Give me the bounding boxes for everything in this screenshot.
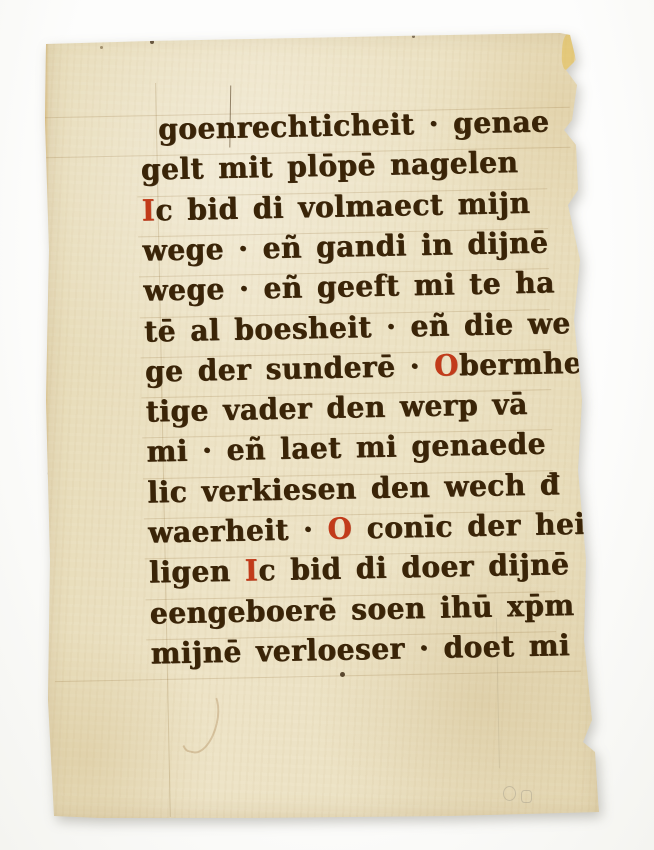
rubricated-letter: I	[244, 553, 258, 588]
ink-speck	[100, 46, 103, 49]
text-segment: gelt mit plōpē nagelen	[140, 145, 518, 187]
ink-speck	[45, 472, 48, 475]
ink-speck	[44, 558, 47, 562]
ruling-lines	[32, 20, 598, 31]
rubricated-letter: O	[434, 348, 460, 383]
manuscript-leaf: goenrechticheit · genaegelt mit plōpē na…	[40, 26, 606, 822]
text-segment: goenrechticheit · genae	[158, 104, 550, 146]
text-block: goenrechticheit · genaegelt mit plōpē na…	[32, 20, 614, 827]
text-segment: mi · eñ laet mi genaede	[146, 427, 546, 470]
text-segment: wege · eñ gandi in dijnē	[142, 225, 548, 268]
text-segment: c bid di volmaect mijn	[155, 185, 531, 227]
text-segment: mijnē verloeser · doet mi	[150, 628, 570, 671]
edge-stain	[41, 564, 49, 592]
page-content: goenrechticheit · genaegelt mit plōpē na…	[32, 20, 614, 827]
text-segment: wege · eñ geeft mi te ha	[143, 265, 555, 308]
text-segment: bermher	[459, 345, 598, 382]
text-segment: conīc der hei	[352, 507, 586, 546]
text-segment: tige vader den werp vā	[145, 387, 528, 429]
edge-stain	[561, 34, 576, 71]
ink-speck	[44, 498, 47, 502]
text-segment: lic verkiesen den wech đ	[147, 467, 560, 510]
ink-speck	[44, 438, 47, 442]
parchment: goenrechticheit · genaegelt mit plōpē na…	[40, 26, 606, 822]
ink-speck	[150, 40, 154, 44]
ink-speck	[340, 672, 345, 677]
rubricated-letter: I	[141, 193, 155, 228]
manuscript-text-line: mijnē verloeser · doet mi	[150, 628, 570, 678]
rubricated-letter: O	[327, 511, 353, 546]
text-segment: c bid di doer dijnē	[258, 547, 570, 588]
pencil-mark	[521, 790, 532, 803]
text-segment: waerheit ·	[148, 512, 328, 550]
pencil-mark	[503, 786, 516, 801]
text-segment: ge der sunderē ·	[145, 348, 435, 388]
ink-speck	[458, 128, 463, 134]
manuscript-text-line: ge der sunderē · Obermher	[145, 345, 598, 396]
scan-background: goenrechticheit · genaegelt mit plōpē na…	[0, 0, 654, 850]
text-segment: ligen	[149, 554, 245, 591]
ink-speck	[412, 35, 415, 38]
ink-speck	[45, 528, 48, 531]
